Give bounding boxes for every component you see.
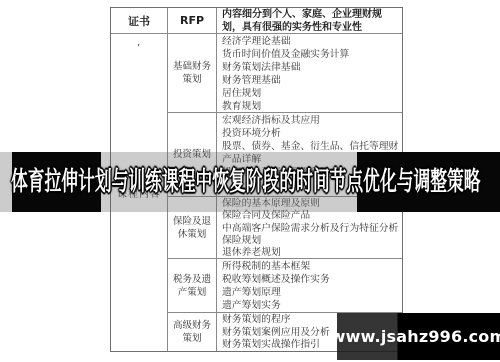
page-root: 证书 RFP 内容细分到个人、家庭、企业理财规划，具有很强的实务性和专业性 ’ … xyxy=(0,0,500,362)
module-label: 税务及遗产策划 xyxy=(168,259,217,313)
banner-title: 体育拉伸计划与训练课程中恢复阶段的时间节点优化与调整策略 xyxy=(11,167,481,197)
module-label: 基础财务策划 xyxy=(168,34,217,113)
watermark-url: www.jsahz996.com xyxy=(331,327,500,346)
topics-list: 所得税制的基本框架 税收筹划概述及操作实务 遗产筹划原理 遗产筹划实务 xyxy=(217,259,402,313)
table-header-certificate: 证书 xyxy=(111,8,168,34)
module-label: 高级财务策划 xyxy=(168,313,217,351)
topics-list: 经济学理论基础 货币时间价值及金融实务计算 财务策划法律基础 财务管理基础 居住… xyxy=(217,34,402,113)
stray-mark: ’ xyxy=(137,43,141,54)
table-header-rfp: RFP xyxy=(168,8,217,34)
table-header-description: 内容细分到个人、家庭、企业理财规划，具有很强的实务性和专业性 xyxy=(217,8,402,34)
watermark-box: www.jsahz996.com xyxy=(337,313,500,360)
